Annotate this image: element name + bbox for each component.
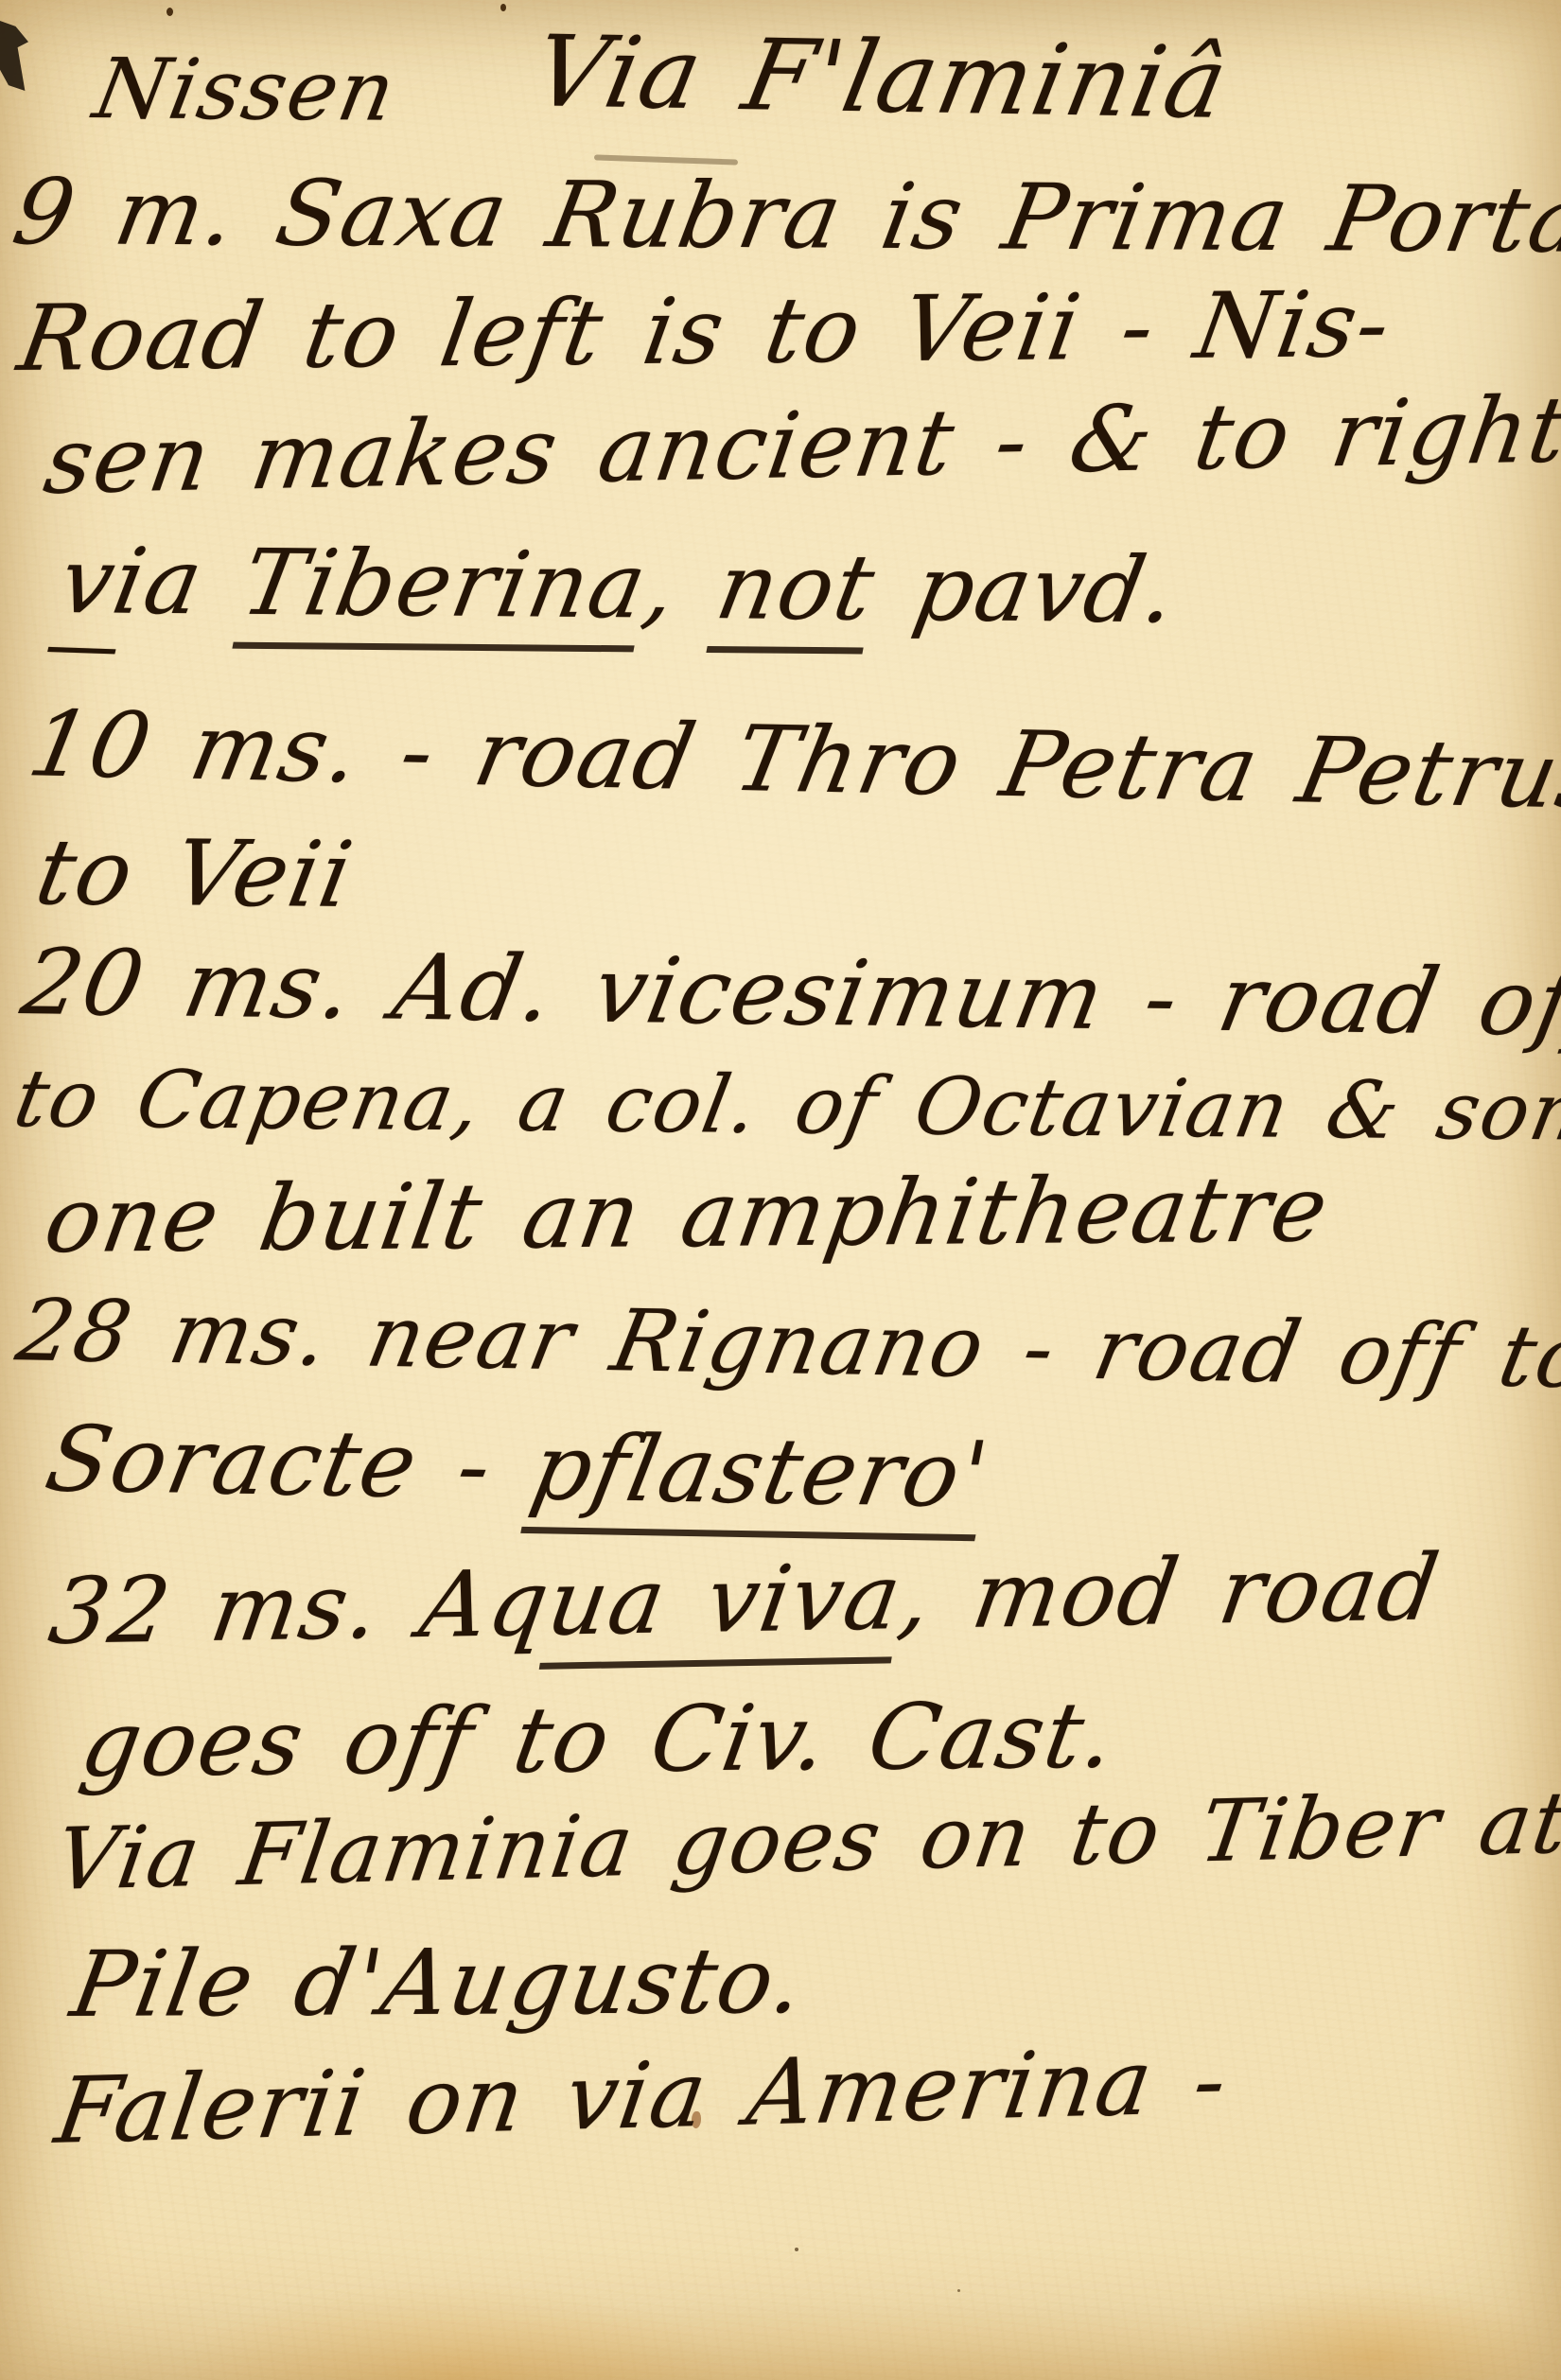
handwritten-line-mile32: 32 ms. Aqua viva, mod road bbox=[43, 1534, 1447, 1665]
handwritten-line-mile28: 28 ms. near Rignano - road off to bbox=[9, 1281, 1561, 1408]
handwritten-line-soracte: Soracte - pflastero' bbox=[38, 1406, 998, 1528]
text-segment: 20 ms. Ad. vicesimum - road off bbox=[14, 929, 1561, 1057]
text-segment: 10 ms. - road Thro Petra Petrusa bbox=[21, 691, 1561, 831]
underlined-word: pflastero' bbox=[521, 1414, 998, 1541]
handwritten-line: one built an amphitheatre bbox=[38, 1156, 1337, 1273]
handwritten-line-tiberina: via Tiberina, not pavd. bbox=[52, 528, 1186, 643]
text-segment: to Veii bbox=[28, 819, 361, 928]
text-segment: sen makes ancient - & to right bbox=[38, 376, 1561, 515]
handwritten-line-mile9: 9 m. Saxa Rubra is Prima Porta bbox=[6, 159, 1561, 273]
text-segment: Road to left is to Veii - Nis- bbox=[11, 271, 1399, 392]
text-segment: 32 ms. Aq bbox=[43, 1549, 557, 1665]
handwritten-line-mile20: 20 ms. Ad. vicesimum - road off bbox=[14, 929, 1561, 1057]
text-segment: Pile d'Augusto. bbox=[64, 1928, 813, 2038]
text-segment: goes off to Civ. Cast. bbox=[74, 1682, 1124, 1797]
ink-speck bbox=[167, 8, 173, 16]
text-segment: 9 m. Saxa Rubra is Prima Porta bbox=[6, 159, 1561, 273]
handwritten-line: to Veii bbox=[28, 819, 361, 928]
margin-dash: — bbox=[44, 602, 122, 690]
text-segment: Falerii on via Amerina - bbox=[49, 2027, 1236, 2164]
handwritten-line: sen makes ancient - & to right bbox=[38, 376, 1561, 515]
underlined-word: not bbox=[707, 534, 885, 654]
author-name: Nissen bbox=[87, 40, 404, 140]
handwritten-line: to Capena, a col. of Octavian & some bbox=[8, 1052, 1561, 1159]
handwritten-line: Road to left is to Veii - Nis- bbox=[11, 271, 1399, 392]
underlined-word: Tiberina bbox=[232, 530, 656, 653]
ink-speck bbox=[500, 4, 506, 11]
text-segment: Via F'laminiâ bbox=[525, 13, 1237, 140]
underlined-word: ua viva bbox=[538, 1544, 909, 1670]
handwritten-line: goes off to Civ. Cast. bbox=[74, 1682, 1124, 1797]
corner-mark bbox=[0, 21, 28, 91]
page-title: Via F'laminiâ bbox=[525, 13, 1237, 140]
text-segment: Nissen bbox=[87, 40, 404, 140]
handwritten-line: Pile d'Augusto. bbox=[64, 1928, 813, 2038]
handwritten-note-page: Nissen Via F'laminiâ 9 m. Saxa Rubra is … bbox=[0, 0, 1561, 2380]
handwritten-line-falerii: Falerii on via Amerina - bbox=[49, 2027, 1236, 2164]
handwritten-line-mile10: 10 ms. - road Thro Petra Petrusa bbox=[21, 691, 1561, 831]
ink-speck bbox=[795, 2248, 798, 2251]
text-segment: , mod road bbox=[893, 1534, 1447, 1650]
ink-speck bbox=[957, 2289, 960, 2292]
text-segment: to Capena, a col. of Octavian & some bbox=[8, 1052, 1561, 1159]
text-segment: 28 ms. near Rignano - road off to bbox=[9, 1281, 1561, 1408]
text-segment: one built an amphitheatre bbox=[38, 1156, 1337, 1273]
text-segment: pavd. bbox=[865, 535, 1186, 644]
text-segment: Soracte - bbox=[38, 1406, 544, 1520]
text-segment: — bbox=[44, 602, 122, 690]
